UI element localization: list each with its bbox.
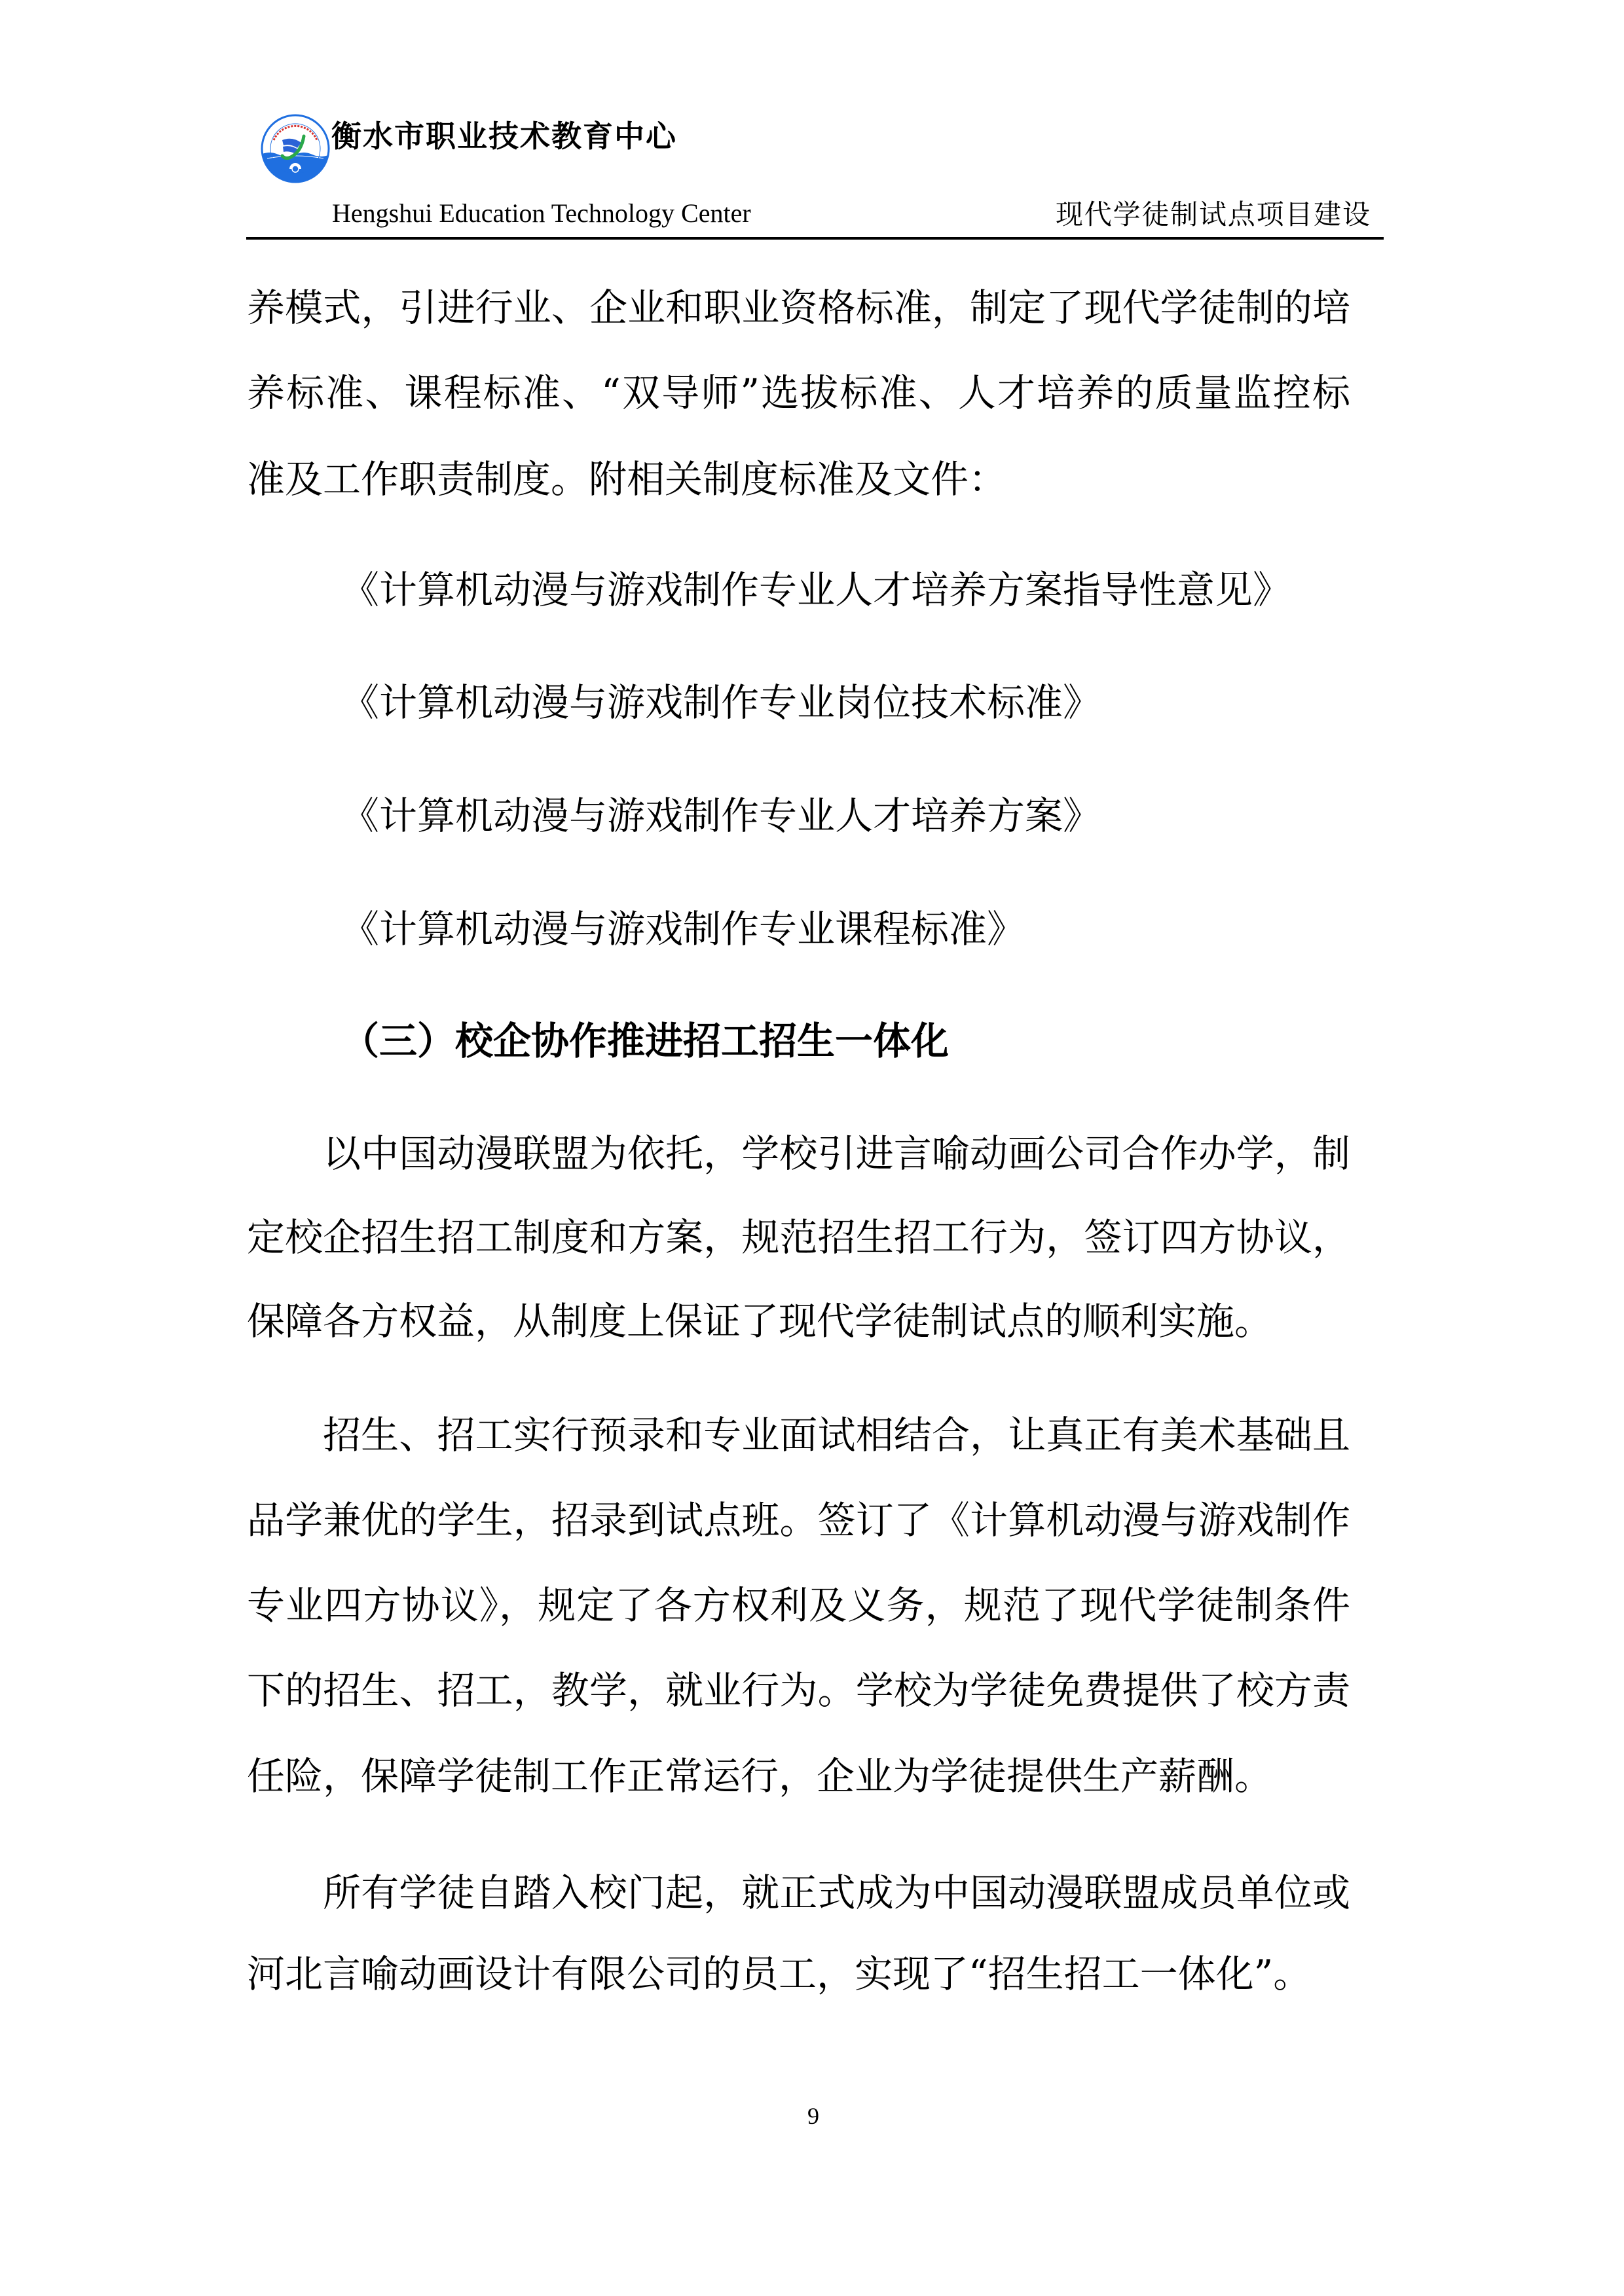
header-divider (246, 237, 1384, 240)
text-line: 招生、招工实行预录和专业面试相结合，让真正有美术基础且 (323, 1412, 1350, 1459)
text-line: 保障各方权益，从制度上保证了现代学徒制试点的顺利实施。 (247, 1298, 1272, 1345)
text-line: 品学兼优的学生，招录到试点班。签订了《计算机动漫与游戏制作 (247, 1497, 1350, 1544)
text-line: 养标准、课程标准、“双导师”选拔标准、人才培养的质量监控标 (247, 369, 1350, 416)
text-line: 下的招生、招工，教学，就业行为。学校为学徒免费提供了校方责 (247, 1667, 1350, 1714)
document-item: 《计算机动漫与游戏制作专业人才培养方案》 (341, 792, 1101, 839)
org-name-english: Hengshui Education Technology Center (332, 196, 751, 230)
text-line: 定校企招生招工制度和方案，规范招生招工行为，签订四方协议， (247, 1214, 1350, 1261)
header-section-title: 现代学徒制试点项目建设 (1056, 198, 1370, 232)
text-line: 以中国动漫联盟为依托，学校引进言喻动画公司合作办学，制 (323, 1130, 1350, 1177)
document-item: 《计算机动漫与游戏制作专业岗位技术标准》 (341, 679, 1101, 726)
org-name-chinese: 衡水市职业技术教育中心 (331, 118, 677, 155)
document-item: 《计算机动漫与游戏制作专业课程标准》 (341, 905, 1025, 953)
text-line: 专业四方协议》，规定了各方权利及义务，规范了现代学徒制条件 (247, 1582, 1350, 1629)
page-number: 9 (800, 2100, 826, 2132)
document-item: 《计算机动漫与游戏制作专业人才培养方案指导性意见》 (341, 566, 1291, 613)
text-line: 准及工作职责制度。附相关制度标准及文件： (247, 456, 1006, 503)
text-line: 养模式，引进行业、企业和职业资格标准，制定了现代学徒制的培 (247, 284, 1350, 331)
text-line: 所有学徒自踏入校门起，就正式成为中国动漫联盟成员单位或 (323, 1869, 1350, 1916)
text-line: 任险，保障学徒制工作正常运行，企业为学徒提供生产薪酬。 (247, 1753, 1272, 1800)
section-heading: （三）校企协作推进招工招生一体化 (341, 1017, 949, 1065)
school-emblem-logo-icon (261, 114, 330, 183)
text-line: 河北言喻动画设计有限公司的员工，实现了“招生招工一体化”。 (247, 1950, 1311, 1997)
